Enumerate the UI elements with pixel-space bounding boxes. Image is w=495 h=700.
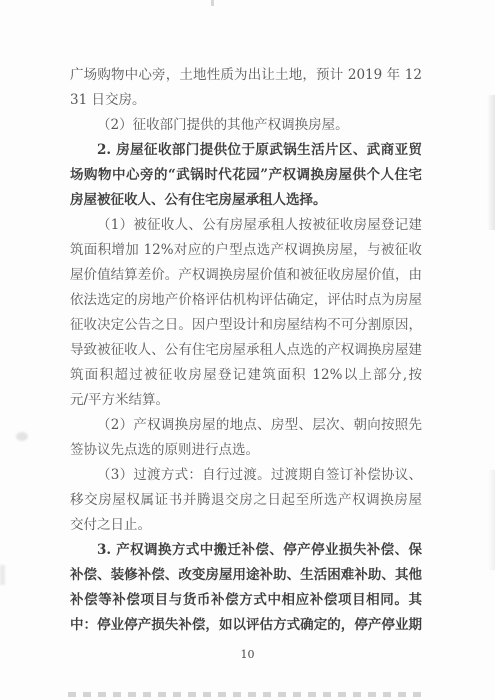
text-line: （2）征收部门提供的其他产权调换房屋。 xyxy=(70,113,422,138)
text-line: （1）被征收人、公有房屋承租人按被征收房屋登记建 xyxy=(70,213,422,238)
text-line: 补偿等补偿项目与货币补偿方式中相应补偿项目相同。其 xyxy=(70,588,422,613)
text-line: 筑面积增加 12%对应的户型点选产权调换房屋，与被征收房 xyxy=(70,238,422,263)
scan-edge-shadow-right-lower xyxy=(488,470,495,570)
document-page: 广场购物中心旁，土地性质为出让土地，预计 2019 年 12 月31 日交房。（… xyxy=(0,0,495,700)
text-line: 依法选定的房地产价格评估机构评估确定，评估时点为房屋 xyxy=(70,288,422,313)
text-line: 广场购物中心旁，土地性质为出让土地，预计 2019 年 12 月 xyxy=(70,63,422,88)
text-line: 交付之日止。 xyxy=(70,513,422,538)
text-line: 签协议先点选的原则进行点选。 xyxy=(70,438,422,463)
text-line: 3. 产权调换方式中搬迁补偿、停产停业损失补偿、保底 xyxy=(70,538,422,563)
text-line: 场购物中心旁的“武锅时代花园”产权调换房屋供个人住宅 xyxy=(70,163,422,188)
scan-speck-left xyxy=(16,432,28,441)
text-line: 房屋被征收人、公有住宅房屋承租人选择。 xyxy=(70,188,422,213)
text-line: 中：停业停产损失补偿，如以评估方式确定的，停产停业期 xyxy=(70,613,422,638)
text-line: 筑面积超过被征收房屋登记建筑面积 12%以上部分,按 18000 xyxy=(70,363,422,388)
scan-speck-top xyxy=(211,0,214,6)
text-line: 元/平方米结算。 xyxy=(70,388,422,413)
page-number: 10 xyxy=(0,648,495,661)
scan-speck-left-edge xyxy=(0,565,5,585)
text-line: 屋价值结算差价。产权调换房屋价值和被征收房屋价值，由 xyxy=(70,263,422,288)
text-line: 征收决定公告之日。因户型设计和房屋结构不可分割原因， xyxy=(70,313,422,338)
clipped-next-line-text xyxy=(68,692,424,697)
text-line: 补偿、装修补偿、改变房屋用途补助、生活困难补助、其他 xyxy=(70,563,422,588)
text-line: （2）产权调换房屋的地点、房型、层次、朝向按照先 xyxy=(70,413,422,438)
text-line: 移交房屋权属证书并腾退交房之日起至所选产权调换房屋 xyxy=(70,488,422,513)
scan-edge-shadow-right-upper xyxy=(487,95,495,230)
text-line: （3）过渡方式：自行过渡。过渡期自签订补偿协议、 xyxy=(70,463,422,488)
text-line: 31 日交房。 xyxy=(70,88,422,113)
text-line: 2. 房屋征收部门提供位于原武锅生活片区、武商亚贸广 xyxy=(70,138,422,163)
text-line: 导致被征收人、公有住宅房屋承租人点选的产权调换房屋建 xyxy=(70,338,422,363)
document-body: 广场购物中心旁，土地性质为出让土地，预计 2019 年 12 月31 日交房。（… xyxy=(70,63,422,638)
